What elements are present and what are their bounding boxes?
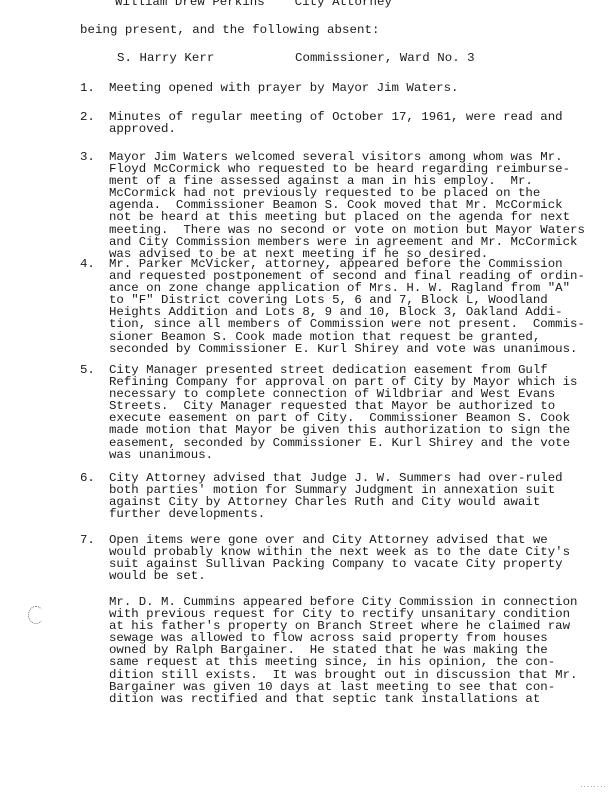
item-number: 1. [80, 82, 95, 94]
header-attendee-line: William Drew Perkins City Attorney [115, 0, 392, 8]
absent-name: S. Harry Kerr [117, 52, 214, 64]
item-text-line: not be heard at this meeting but placed … [109, 211, 616, 223]
margin-hole-punch-mark [28, 606, 44, 624]
item-text-line: would be set. [109, 570, 616, 582]
item-text-line: sioner Beamon S. Cook made motion that r… [109, 331, 616, 343]
item-text-line: Meeting opened with prayer by Mayor Jim … [109, 82, 616, 94]
item-number: 4. [80, 258, 95, 270]
paragraph-text-line: dition was rectified and that septic tan… [109, 693, 616, 705]
item-number: 6. [80, 472, 95, 484]
footer-stamp: ........ [580, 783, 606, 789]
document-page: William Drew Perkins City Attorney being… [0, 0, 616, 800]
item-text-line: Minutes of regular meeting of October 17… [109, 111, 616, 123]
absent-title: Commissioner, Ward No. 3 [295, 52, 475, 64]
item-text-line: meeting. There was no second or vote on … [109, 224, 616, 236]
present-intro: being present, and the following absent: [80, 24, 379, 36]
item-text-line: further developments. [109, 508, 616, 520]
item-number: 2. [80, 111, 95, 123]
item-text-line: easement, seconded by Commissioner E. Ku… [109, 437, 616, 449]
paragraph-text-line: Bargainer was given 10 days at last meet… [109, 681, 616, 693]
paragraph-text-line: dition still exists. It was brought out … [109, 669, 616, 681]
item-text-line: seconded by Commissioner E. Kurl Shirey … [109, 343, 616, 355]
item-text-line: was unanimous. [109, 449, 616, 461]
paragraph-text-line: same request at this meeting since, in h… [109, 656, 616, 668]
item-text-line: made motion that Mayor be given this aut… [109, 424, 616, 436]
item-number: 7. [80, 534, 95, 546]
item-text-line: tion, since all members of Commission we… [109, 318, 616, 330]
item-text-line: and City Commission members were in agre… [109, 236, 616, 248]
item-number: 3. [80, 151, 95, 163]
item-number: 5. [80, 364, 95, 376]
item-text-line: approved. [109, 123, 616, 135]
